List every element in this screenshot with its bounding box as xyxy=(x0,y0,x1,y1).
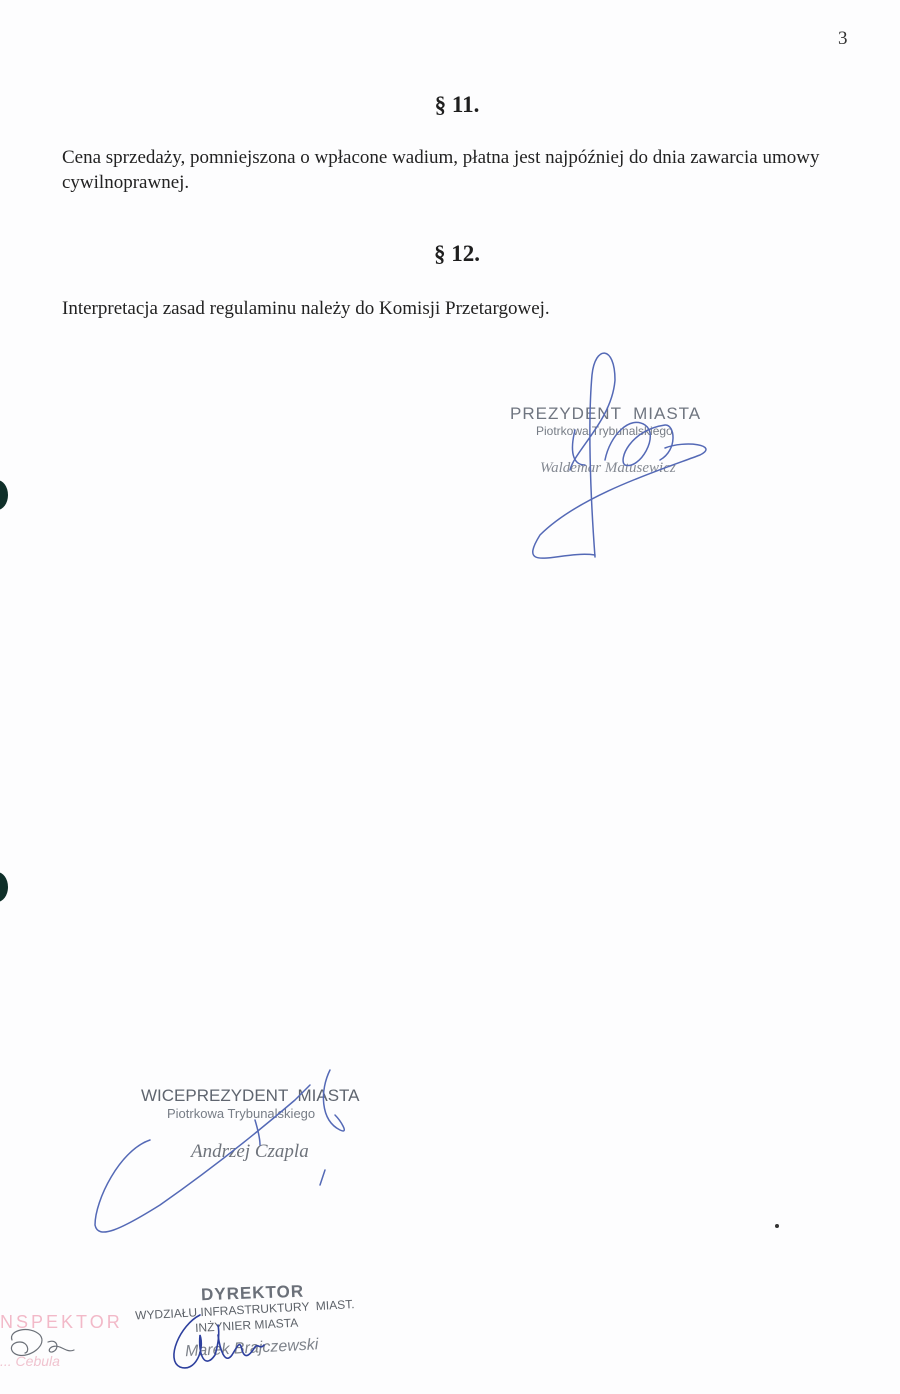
president-stamp-title: PREZYDENT MIASTA xyxy=(510,404,740,424)
president-stamp: PREZYDENT MIASTA Piotrkowa Trybunalskieg… xyxy=(510,404,740,477)
vice-president-stamp-name: Andrzej Czapla xyxy=(191,1141,381,1163)
section-11-heading: § 11. xyxy=(0,92,900,118)
punch-hole-bottom xyxy=(0,872,8,902)
president-stamp-subtitle: Piotrkowa Trybunalskiego xyxy=(536,424,740,438)
inspector-stamp-name: ... Cebula xyxy=(0,1353,150,1369)
president-stamp-name: Waldemar Matusewicz xyxy=(540,460,740,477)
punch-hole-top xyxy=(0,480,8,510)
director-stamp: DYREKTOR WYDZIAŁU INFRASTRUKTURY MIAST. … xyxy=(135,1282,385,1356)
section-12-heading: § 12. xyxy=(0,241,900,267)
page-number: 3 xyxy=(838,28,848,50)
section-11-text: Cena sprzedaży, pomniejszona o wpłacone … xyxy=(62,145,852,195)
vice-president-stamp-subtitle: Piotrkowa Trybunalskiego xyxy=(167,1106,381,1121)
scan-speck xyxy=(775,1224,779,1228)
director-stamp-name: Marek Brajczewski xyxy=(185,1333,386,1361)
inspector-stamp: INSPEKTOR ... Cebula xyxy=(0,1312,150,1369)
vice-president-stamp-title: WICEPREZYDENT MIASTA xyxy=(141,1086,381,1106)
section-12-text: Interpretacja zasad regulaminu należy do… xyxy=(62,296,852,321)
vice-president-stamp: WICEPREZYDENT MIASTA Piotrkowa Trybunals… xyxy=(141,1086,381,1163)
inspector-stamp-title: INSPEKTOR xyxy=(0,1312,150,1333)
